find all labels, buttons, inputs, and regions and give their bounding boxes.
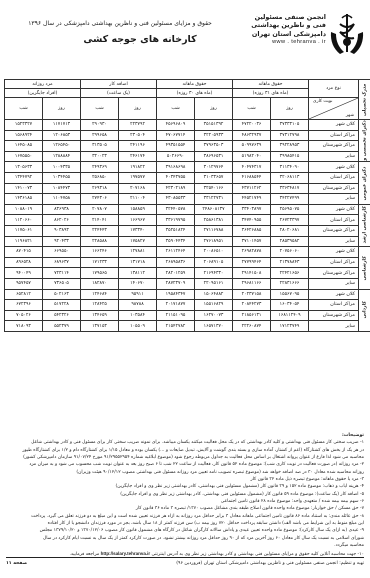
city-cell: سایر bbox=[309, 236, 359, 247]
value-cell: ۲۲۸۳۱۶۶۶ bbox=[271, 278, 309, 289]
value-cell: ۲۳۰۵۰۴ bbox=[119, 130, 157, 141]
value-cell: ۷۰۵۰۲۶ bbox=[5, 310, 43, 321]
note-line: ۸- حق عائله مندی: به استناد ماده ۸۶ قانو… bbox=[4, 513, 364, 520]
value-cell: ۱۹۷۵۷۷ bbox=[119, 172, 157, 183]
city-cell: مراکز شهرستان bbox=[309, 141, 359, 152]
city-cell: مراکز شهرستان bbox=[309, 183, 359, 194]
value-cell: ۲۶۸۹۵۸۳۶ bbox=[157, 257, 195, 268]
value-cell: ۳۸۶۹۶۵۳۱ bbox=[195, 151, 233, 162]
org-website: www . tehranva . ir bbox=[248, 38, 326, 46]
value-cell: ۲۰۱۷۱۸۷۷ bbox=[157, 300, 195, 311]
org-line-2: فنی و ناظرین بهداشتی bbox=[248, 21, 326, 29]
table-row: مراکز شهرستان۳۹۲۲۸۹۵۳۵۰۹۹۷۶۳۹۳۷۹۶۳۵۰۳۴۹۳… bbox=[5, 141, 370, 152]
value-cell: ۳۲۴۴۰۵۷۸ bbox=[157, 204, 195, 215]
value-cell: ۵۵۲۳۷۹ bbox=[43, 321, 81, 332]
night-header: شب bbox=[81, 98, 119, 120]
rate-type-header: نوع مزد bbox=[309, 80, 359, 98]
value-cell: ۷۱۸۰۹۳ bbox=[5, 321, 43, 332]
value-cell: ۲۰۷۱۶۸ bbox=[119, 183, 157, 194]
value-cell: ۳۴۲۲۷۴۹۹ bbox=[271, 194, 309, 205]
degree-group-label: دکترای عمومی bbox=[359, 162, 370, 204]
value-cell: ۹۸۷۸۸ bbox=[119, 300, 157, 311]
value-cell: ۱۰۸۴۴۷۳ bbox=[43, 183, 81, 194]
value-cell: ۱۵۲۳۳۲۷ bbox=[5, 120, 43, 131]
table-row: مراکز شهرستان۱۶۸۱۱۲۴۰۹۲۱۸۵۶۱۳۱۱۶۲۷۰۰۷۳۲۱… bbox=[5, 310, 370, 321]
value-cell: ۲۸۷۲۳۷۰۹ bbox=[157, 278, 195, 289]
value-cell: ۱۱۰۴۷۵۸ bbox=[43, 194, 81, 205]
city-cell: سایر bbox=[309, 194, 359, 205]
city-cell: مراکز استان bbox=[309, 215, 359, 226]
value-cell: ۱۲۴۶۸۴ bbox=[81, 289, 119, 300]
value-cell: ۴۲۳۰۲۱۸۹ bbox=[157, 183, 195, 194]
table-row: سایر۳۴۲۲۷۴۹۹۴۴۵۲۱۷۴۹۳۳۱۲۲۷۳۱۴۳۰۸۵۵۳۳۲۱۱۰… bbox=[5, 194, 370, 205]
value-cell: ۹۰۳۸۹۳ bbox=[43, 225, 81, 236]
note-line: ۴- هزینه ایاب و ذهاب: موضوع ماده ۱۵۲ و ۳… bbox=[4, 483, 364, 490]
note-line: این مبلغ منوط به این شرایط می باشد الف) … bbox=[4, 520, 364, 527]
value-cell: ۳۳۱۲۲۷۳۱ bbox=[195, 194, 233, 205]
shift-label: نوبت کاری bbox=[313, 99, 332, 104]
value-cell: ۴۷۲۲۰۰۳۶ bbox=[233, 120, 271, 131]
note-line: ۵- اضافه کار (یک ساعت): موضوع ماده ۵۹ قا… bbox=[4, 491, 364, 498]
value-cell: ۱۶۵۷۱۳۷۰ bbox=[195, 321, 233, 332]
value-cell: ۲۶۱۱۲۴۶۴ bbox=[157, 247, 195, 258]
note-line: ۷- حق مسکن / حق خواربار: موضوع ماده واحد… bbox=[4, 505, 364, 512]
col-group-monthly-31-sub: (ماه های ۳۱ روزه) bbox=[233, 89, 309, 98]
value-cell: ۱۴۰۶۷۰ bbox=[119, 278, 157, 289]
city-cell: سایر bbox=[309, 151, 359, 162]
value-cell: ۱۵۰۶۴۸۸۲ bbox=[195, 289, 233, 300]
salary-table: مدرک تحصیلی نوع مزد حقوق ماهانه حقوق ماه… bbox=[4, 79, 370, 332]
city-cell: مراکز شهرستان bbox=[309, 310, 359, 321]
value-cell: ۳۲۵۴۰۱۶۶ bbox=[195, 183, 233, 194]
value-cell: ۳۰۱۲۹۷۶۴ bbox=[195, 162, 233, 173]
value-cell: ۳۱۱۳۴۰۹۰ bbox=[271, 162, 309, 173]
note-line: محاسبه میگردد. bbox=[4, 542, 364, 549]
value-cell: ۱۲۶۵۴۵۰ bbox=[43, 141, 81, 152]
col-group-monthly-30: حقوق ماهانه bbox=[157, 80, 233, 89]
city-cell: کلان شهر bbox=[309, 247, 359, 258]
city-cell: کلان شهر bbox=[309, 120, 359, 131]
value-cell: ۲۸۰۲۰۶۸۱ bbox=[271, 225, 309, 236]
degree-header: مدرک تحصیلی bbox=[359, 80, 370, 120]
notes-section: توضیحات: ۱- ضریب سختی کار مسئول فنی بهدا… bbox=[4, 432, 364, 558]
city-label: شهر bbox=[346, 113, 354, 118]
value-cell: ۱۷۵۸۲۷ bbox=[119, 236, 157, 247]
value-cell: ۱۷۱۲۳۷۴۹ bbox=[271, 321, 309, 332]
value-cell: ۳۷۹۶۳۵۰۳ bbox=[195, 141, 233, 152]
table-row: سایر۲۲۸۳۱۶۶۶۲۹۶۸۱۱۶۶۲۲۰۹۵۱۶۱۲۸۷۲۳۷۰۹۱۴۰۶… bbox=[5, 278, 370, 289]
table-row: مراکز استان۱۶۰۳۴۰۵۴۲۰۸۴۴۲۷۳۱۵۵۱۶۸۲۹۲۰۱۷۱… bbox=[5, 300, 370, 311]
value-cell: ۱۷۹۵۶۵ bbox=[81, 268, 119, 279]
value-cell: ۲۹۱۴۱۵۰۸ bbox=[233, 268, 271, 279]
value-cell: ۱۰۳۵۸۴ bbox=[119, 310, 157, 321]
value-cell: ۵۱۷۲۲۸ bbox=[43, 300, 81, 311]
value-cell: ۱۵۸۸۵۹ bbox=[119, 204, 157, 215]
note-line: ۱- ضریب سختی کار مسئول فنی بهداشتی و کلی… bbox=[4, 439, 364, 446]
day-header: روز bbox=[271, 98, 309, 120]
value-cell: ۲۱۴۰۴۱ bbox=[81, 215, 119, 226]
table-row: سایر۳۹۹۸۵۴۱۵۵۱۹۸۲۰۴۰۳۸۶۹۶۵۳۱۵۰۲۶۶۹۰۲۴۶۱۷… bbox=[5, 151, 370, 162]
value-cell: ۴۷۰۶۷۷۱۴ bbox=[157, 130, 195, 141]
value-cell: ۴۰۴۷۴۳۱۷ bbox=[233, 162, 271, 173]
degree-group-label: دکترای تخصصی و PHD bbox=[359, 120, 370, 162]
degree-group-label: کارشناسی bbox=[359, 247, 370, 289]
value-cell: ۳۹۹۸۵۴۱۵ bbox=[271, 151, 309, 162]
table-row: دکترای تخصصی و PHDکلان شهر۳۷۳۳۳۱۰۵۴۷۲۲۰۰… bbox=[5, 120, 370, 131]
value-cell: ۲۷۷۹۹۴۶۴ bbox=[233, 257, 271, 268]
org-line-3: دامپزشکی استان تهران bbox=[248, 30, 326, 38]
value-cell: ۲۱۵۴۲۷۸۲ bbox=[157, 321, 195, 332]
col-group-daily-wage: مزد روزانه bbox=[5, 80, 81, 89]
table-row: سایر۲۸۵۳۹۵۸۲۳۷۱۰۱۴۵۷۲۷۶۱۸۹۵۱۳۵۹۰۴۴۳۴۱۷۵۸… bbox=[5, 236, 370, 247]
value-cell: ۲۶۹۸۲۸۷۸ bbox=[233, 247, 271, 258]
value-cell: ۳۵۲۵۱۸۲۴ bbox=[157, 225, 195, 236]
city-cell: سایر bbox=[309, 321, 359, 332]
value-cell: ۲۵۶۹۵۰۷۵ bbox=[271, 204, 309, 215]
value-cell: ۱۳۸۱۱۲ bbox=[119, 268, 157, 279]
table-row: کارشناسیکلان شهر۲۰۷۵۶۰۶۰۲۶۹۸۲۸۷۸۲۰۰۸۶۵۱۰… bbox=[5, 247, 370, 258]
table-row: سایر۱۷۱۲۳۷۴۹۲۲۲۶۰۸۷۴۱۶۵۷۱۳۷۰۲۱۵۴۲۷۸۲۱۰۵۵… bbox=[5, 321, 370, 332]
col-group-daily-wage-sub: (افراد جایگزین) bbox=[5, 89, 81, 98]
value-cell: ۳۱۳۵۰۵ bbox=[81, 141, 119, 152]
value-cell: ۶۷۲۳۹۶ bbox=[5, 300, 43, 311]
org-line-1: انجمن صنفی مسئولین bbox=[248, 13, 326, 21]
value-cell: ۱۹۱۸۲۲ bbox=[119, 162, 157, 173]
value-cell: ۱۶۴۵۰۸۵ bbox=[5, 141, 43, 152]
value-cell: ۶۶۹۵۵۰ bbox=[43, 247, 81, 258]
value-cell: ۲۹۹۶۵۸ bbox=[81, 130, 119, 141]
city-cell: کلان شهر bbox=[309, 204, 359, 215]
page-number: صفحه ۱۱ bbox=[6, 561, 27, 566]
value-cell: ۲۲۲۶۰۸۷۴ bbox=[233, 321, 271, 332]
value-cell: ۲۷۴۳۰۶ bbox=[81, 194, 119, 205]
document-footer: تهیه و تنظیم: انجمن صنفی مسئولین فنی و ن… bbox=[6, 561, 364, 569]
value-cell: ۲۲۰۹۵۱۶۱ bbox=[195, 278, 233, 289]
table-row: کاردانیکلان شهر۱۵۵۶۷۰۹۵۲۰۲۳۷۱۵۸۱۵۰۶۴۸۸۲۱… bbox=[5, 289, 370, 300]
value-cell: ۲۸۲۰۱۲۵۹ bbox=[157, 268, 195, 279]
value-cell: ۲۶۷۲۳۳۹۷ bbox=[271, 215, 309, 226]
value-cell: ۱۷۱۲۳۳ bbox=[81, 257, 119, 268]
table-row: مراکز شهرستان۲۸۰۲۰۶۸۱۳۶۴۲۶۸۸۵۲۷۱۱۶۷۸۸۳۵۲… bbox=[5, 225, 370, 236]
value-cell: ۲۵۶۸۵۰ bbox=[81, 172, 119, 183]
table-row: دکترای عمومیکلان شهر۳۱۱۳۴۰۹۰۴۰۴۷۴۳۱۷۳۰۱۲… bbox=[5, 162, 370, 173]
city-cell: مراکز استان bbox=[309, 257, 359, 268]
value-cell: ۱۸۲۸۷۰ bbox=[81, 278, 119, 289]
value-cell: ۸۳۶۹۳۸ bbox=[43, 204, 81, 215]
table-row: کارشناسی ارشدکلان شهر۲۵۶۹۵۰۷۵۳۳۴۰۳۸۹۷۲۴۸… bbox=[5, 204, 370, 215]
value-cell: ۶۵۲۸۱۲ bbox=[5, 289, 43, 300]
value-cell: ۲۲۳۷۹۲ bbox=[119, 120, 157, 131]
footer-credit: تهیه و تنظیم: انجمن صنفی مسئولین فنی و ن… bbox=[176, 561, 364, 566]
value-cell: ۴۴۵۲۱۷۴۹ bbox=[233, 194, 271, 205]
value-cell: ۵۰۲۱۶۳ bbox=[43, 289, 81, 300]
value-cell: ۵۰۲۶۶۹۰ bbox=[157, 151, 195, 162]
day-header: روز bbox=[195, 98, 233, 120]
value-cell: ۲۰۷۵۶۰۶۰ bbox=[271, 247, 309, 258]
value-cell: ۱۰۸۸۰۱۹ bbox=[5, 204, 43, 215]
value-cell: ۳۴۷۴۰۹۵۵ bbox=[233, 215, 271, 226]
night-header: شب bbox=[233, 98, 271, 120]
value-cell: ۲۲۸۵۸۸ bbox=[81, 236, 119, 247]
value-cell: ۱۲۸۸۸۸۴ bbox=[43, 151, 81, 162]
value-cell: ۹۵۷۴۵۷ bbox=[5, 278, 43, 289]
value-cell: ۲۹۰۹۳۰ bbox=[81, 120, 119, 131]
table-row: مراکز استان۳۲۰۶۸۱۱۳۴۱۶۸۸۵۴۴۳۱۰۳۳۶۵۷۴۰۳۴۳… bbox=[5, 172, 370, 183]
value-cell: ۲۴۸۶۰۸۱۳۷ bbox=[195, 204, 233, 215]
value-cell: ۳۲۲۰۵۹۳۳ bbox=[195, 130, 233, 141]
shift-city-header: نوبت کاری شهر bbox=[309, 98, 359, 120]
value-cell: ۲۹۶۸۱۱۶۶ bbox=[233, 278, 271, 289]
value-cell: ۱۶۰۳۴۰۵۴ bbox=[271, 300, 309, 311]
table-row: مراکز استان۳۷۳۱۲۷۹۸۴۸۶۳۲۹۳۷۳۲۲۰۵۹۳۳۴۷۰۶۷… bbox=[5, 130, 370, 141]
value-cell: ۱۷۳۳۴۰ bbox=[119, 225, 157, 236]
value-cell: ۲۴۶۱۷۴ bbox=[119, 151, 157, 162]
day-header: روز bbox=[43, 98, 81, 120]
salary-table-body: دکترای تخصصی و PHDکلان شهر۳۷۳۳۳۱۰۵۴۷۲۲۰۰… bbox=[5, 120, 370, 332]
value-cell: ۱۳۱۷۱۸ bbox=[119, 257, 157, 268]
city-cell: سایر bbox=[309, 278, 359, 289]
value-cell: ۵۰۹۹۷۶۳۹ bbox=[233, 141, 271, 152]
value-cell: ۲۰۰۸۶۵۱۰ bbox=[195, 247, 233, 258]
notes-list: ۱- ضریب سختی کار مسئول فنی بهداشتی و کلی… bbox=[4, 439, 364, 549]
veterinary-association-logo-icon bbox=[328, 12, 366, 60]
value-cell: ۸۷۰۴۱۵ bbox=[5, 247, 43, 258]
note-line: ۶- سهم بیمه بیمه شده / متعهدی واحد: موضو… bbox=[4, 498, 364, 505]
value-cell: ۲۰۷۸۰۷ bbox=[81, 204, 119, 215]
value-cell: ۳۷۳۳۳۱۰۵ bbox=[271, 120, 309, 131]
value-cell: ۳۹۱۶۸۶۹۸ bbox=[157, 162, 195, 173]
value-cell: ۱۵۶۸۹۲۴ bbox=[5, 130, 43, 141]
document-subtitle: حقوق و مزایای مسئولین فنی و ناظرین بهداش… bbox=[10, 20, 230, 27]
value-cell: ۲۵۸۶۱۳۸۱ bbox=[195, 215, 233, 226]
value-cell: ۲۷۱۱۶۷۸۸ bbox=[195, 225, 233, 236]
value-cell: ۹۵۹۱۱ bbox=[119, 289, 157, 300]
value-cell: ۲۲۴۴۴۳ bbox=[81, 225, 119, 236]
value-cell: ۱۲۷۸۸۱ bbox=[119, 247, 157, 258]
note-line: روزانه محاسبه شده معادل ۳۰ در صد اضافه خ… bbox=[4, 469, 364, 476]
value-cell: ۱۳۴۶۵۹ bbox=[81, 310, 119, 321]
value-cell: ۲۰۸۴۴۲۷۳ bbox=[233, 300, 271, 311]
value-cell: ۱۵۵۶۷۰۹۵ bbox=[271, 289, 309, 300]
organization-name: انجمن صنفی مسئولین فنی و ناظرین بهداشتی … bbox=[248, 13, 326, 46]
value-cell: ۳۱۰۳۳۶۵۷ bbox=[195, 172, 233, 183]
value-cell: ۳۷۳۱۲۷۹۸ bbox=[271, 130, 309, 141]
value-cell: ۵۴۲۳۲۶ bbox=[43, 310, 81, 321]
city-cell: مراکز استان bbox=[309, 130, 359, 141]
value-cell: ۱۶۸۱۱۲۴۰۹ bbox=[271, 310, 309, 321]
value-cell: ۱۲۸۴۲۵ bbox=[81, 300, 119, 311]
value-cell: ۱۶۶۲۴۶ bbox=[81, 247, 119, 258]
table-row: مراکز استان۲۱۳۷۸۸۴۳۲۷۷۹۹۴۶۴۲۰۶۸۹۱۰۵۲۶۸۹۵… bbox=[5, 257, 370, 268]
table-row: مراکز شهرستان۳۳۶۳۴۸۱۷۴۳۷۱۱۲۶۲۳۲۵۴۰۱۶۶۴۲۳… bbox=[5, 183, 370, 194]
note-line: ۹- عیدی (به ازای یک سال کارکرد): موضوع م… bbox=[4, 527, 364, 534]
note-line: در هر یک از بخش های کشتارگاه (اعم از کشت… bbox=[4, 447, 364, 454]
day-header: روز bbox=[119, 98, 157, 120]
value-cell: ۳۲۰۰۲۳ bbox=[81, 151, 119, 162]
value-cell: ۱۴۳۶۱۸۵ bbox=[5, 194, 43, 205]
value-cell: ۴۳۷۱۱۲۶۲ bbox=[233, 183, 271, 194]
value-cell: ۲۷۶۱۸۹۵۱ bbox=[195, 236, 233, 247]
value-cell: ۲۰۲۳۷۱۵۸ bbox=[233, 289, 271, 300]
value-cell: ۴۵۶۹۶۸۰۹ bbox=[157, 120, 195, 131]
value-cell: ۱۴۱۰۰۷۳ bbox=[5, 183, 43, 194]
note-line: شورای اسلامی به نسبت یک سال کار معادل ۶۰… bbox=[4, 535, 364, 542]
col-group-overtime: اضافه کار bbox=[81, 80, 157, 89]
value-cell: ۱۶۷۵۵۵۰ bbox=[5, 151, 43, 162]
value-cell: ۱۳۰۵۶۳۳ bbox=[5, 162, 43, 173]
col-group-monthly-31: حقوق ماهانه bbox=[233, 80, 309, 89]
value-cell: ۲۱۱۵۱۰۹۵ bbox=[157, 310, 195, 321]
night-header: شب bbox=[157, 98, 195, 120]
table-row: مراکز استان۲۶۷۲۳۳۹۷۳۴۷۴۰۹۵۵۲۵۸۶۱۳۸۱۳۳۶۱۹… bbox=[5, 215, 370, 226]
note-10-prefix: ۱۰- جهت محاسبه آنلاین کلیه حقوق و مزایای… bbox=[152, 552, 364, 557]
value-cell: ۶۸۹۶۳۷ bbox=[43, 257, 81, 268]
value-cell: ۲۴۹۳۶۹ bbox=[81, 162, 119, 173]
value-cell: ۲۸۵۳۹۵۸۲ bbox=[271, 236, 309, 247]
value-cell: ۲۴۱۱۹۶ bbox=[119, 141, 157, 152]
value-cell: ۳۶۴۲۶۸۸۵ bbox=[233, 225, 271, 236]
value-cell: ۲۱۳۷۸۸۴۳ bbox=[271, 257, 309, 268]
note-line: ۲- مزد روزانه (در صورت فعالیت در نوبت کا… bbox=[4, 461, 364, 468]
night-header: شب bbox=[5, 98, 43, 120]
value-cell: ۲۰۶۸۹۱۰۵ bbox=[195, 257, 233, 268]
value-cell: ۴۳۰۸۵۵۳۳ bbox=[157, 194, 195, 205]
value-cell: ۱۱۲۰۶۶۰ bbox=[5, 215, 43, 226]
value-cell: ۲۲۴۲۱۶۵۶ bbox=[271, 268, 309, 279]
value-cell: ۲۶۹۳۱۸ bbox=[81, 183, 119, 194]
value-cell: ۳۳۶۱۹۷۹۵ bbox=[157, 215, 195, 226]
value-cell: ۳۳۴۰۳۸۹۷ bbox=[233, 204, 271, 215]
value-cell: ۱۰۰۴۳۳۵ bbox=[43, 162, 81, 173]
value-cell: ۴۸۶۳۲۹۳۷ bbox=[233, 130, 271, 141]
footer-divider bbox=[6, 557, 364, 558]
document-title: کارخانه های جوجه کشی bbox=[60, 34, 220, 45]
col-group-monthly-30-sub: (ماه های ۳۰ روزه) bbox=[157, 89, 233, 98]
note-line: ۳- مزد یا حقوق ماهانه: موضوع تبصره ذیل م… bbox=[4, 476, 364, 483]
city-cell: مراکز شهرستان bbox=[309, 268, 359, 279]
value-cell: ۱۰۵۵۰۹ bbox=[119, 321, 157, 332]
value-cell: ۴۱۶۸۸۵۴۴ bbox=[233, 172, 271, 183]
value-cell: ۲۱۸۵۶۱۳۱ bbox=[233, 310, 271, 321]
value-cell: ۹۲۰۴۳۳ bbox=[43, 236, 81, 247]
city-cell: مراکز استان bbox=[309, 300, 359, 311]
value-cell: ۷۲۳۱۱۴ bbox=[43, 268, 81, 279]
value-cell: ۱۶۲۷۰۰۷۳ bbox=[195, 310, 233, 321]
salary-calculator-link[interactable]: http://salary.tehranva.ir bbox=[101, 551, 150, 556]
value-cell: ۸۹۶۵۲۸ bbox=[5, 257, 43, 268]
document-header: انجمن صنفی مسئولین فنی و ناظرین بهداشتی … bbox=[0, 0, 370, 78]
value-cell: ۸۶۲۰۲۶ bbox=[43, 215, 81, 226]
value-cell: ۱۶۶۹۶۷ bbox=[119, 215, 157, 226]
value-cell: ۱۵۵۱۶۸۲۹ bbox=[195, 300, 233, 311]
value-cell: ۹۴۰۰۴۹ bbox=[5, 268, 43, 279]
value-cell: ۱۱۷۱۷۱۳ bbox=[43, 120, 81, 131]
value-cell: ۲۱۱۰۰۴ bbox=[119, 194, 157, 205]
note-10-suffix: مراجعه فرمایید. bbox=[69, 552, 99, 557]
value-cell: ۱۲۰۶۸۵۳ bbox=[43, 130, 81, 141]
city-cell: کلان شهر bbox=[309, 162, 359, 173]
col-group-overtime-sub: (یک ساعت) bbox=[81, 89, 157, 98]
value-cell: ۳۷۱۰۱۴۵۷ bbox=[233, 236, 271, 247]
note-line: محاسبه می شود لذا فارغ از عنوان پروانه ا… bbox=[4, 454, 364, 461]
value-cell: ۳۲۰۶۸۱۱۳ bbox=[271, 172, 309, 183]
value-cell: ۵۱۹۸۲۰۴۰ bbox=[233, 151, 271, 162]
degree-group-label: کاردانی bbox=[359, 289, 370, 331]
value-cell: ۷۳۶۵۰۵ bbox=[43, 278, 81, 289]
value-cell: ۲۱۶۹۴۳۳۰ bbox=[195, 268, 233, 279]
value-cell: ۳۵۹۰۴۴۳۴ bbox=[157, 236, 195, 247]
value-cell: ۱۳۷۱۵۳ bbox=[81, 321, 119, 332]
city-cell: کلان شهر bbox=[309, 289, 359, 300]
value-cell: ۴۹۳۵۱۵۵۴ bbox=[157, 141, 195, 152]
value-cell: ۱۱۹۶۸۲۱ bbox=[5, 236, 43, 247]
value-cell: ۱۹۵۸۴۳۴۷ bbox=[157, 289, 195, 300]
value-cell: ۳۹۲۲۸۹۵۳ bbox=[271, 141, 309, 152]
city-cell: مراکز شهرستان bbox=[309, 225, 359, 236]
degree-group-label: کارشناسی ارشد bbox=[359, 204, 370, 246]
value-cell: ۳۵۱۵۱۳۹۲ bbox=[195, 120, 233, 131]
table-row: مراکز شهرستان۲۲۴۲۱۶۵۶۲۹۱۴۱۵۰۸۲۱۶۹۴۳۳۰۲۸۲… bbox=[5, 268, 370, 279]
value-cell: ۳۳۶۳۴۸۱۷ bbox=[271, 183, 309, 194]
city-cell: مراکز استان bbox=[309, 172, 359, 183]
value-cell: ۱۱۷۵۰۶۱ bbox=[5, 225, 43, 236]
notes-title: توضیحات: bbox=[4, 432, 364, 439]
value-cell: ۱۳۴۴۷۹۲ bbox=[5, 172, 43, 183]
value-cell: ۴۰۳۴۳۷۵۵ bbox=[157, 172, 195, 183]
value-cell: ۱۰۳۴۴۵۵ bbox=[43, 172, 81, 183]
